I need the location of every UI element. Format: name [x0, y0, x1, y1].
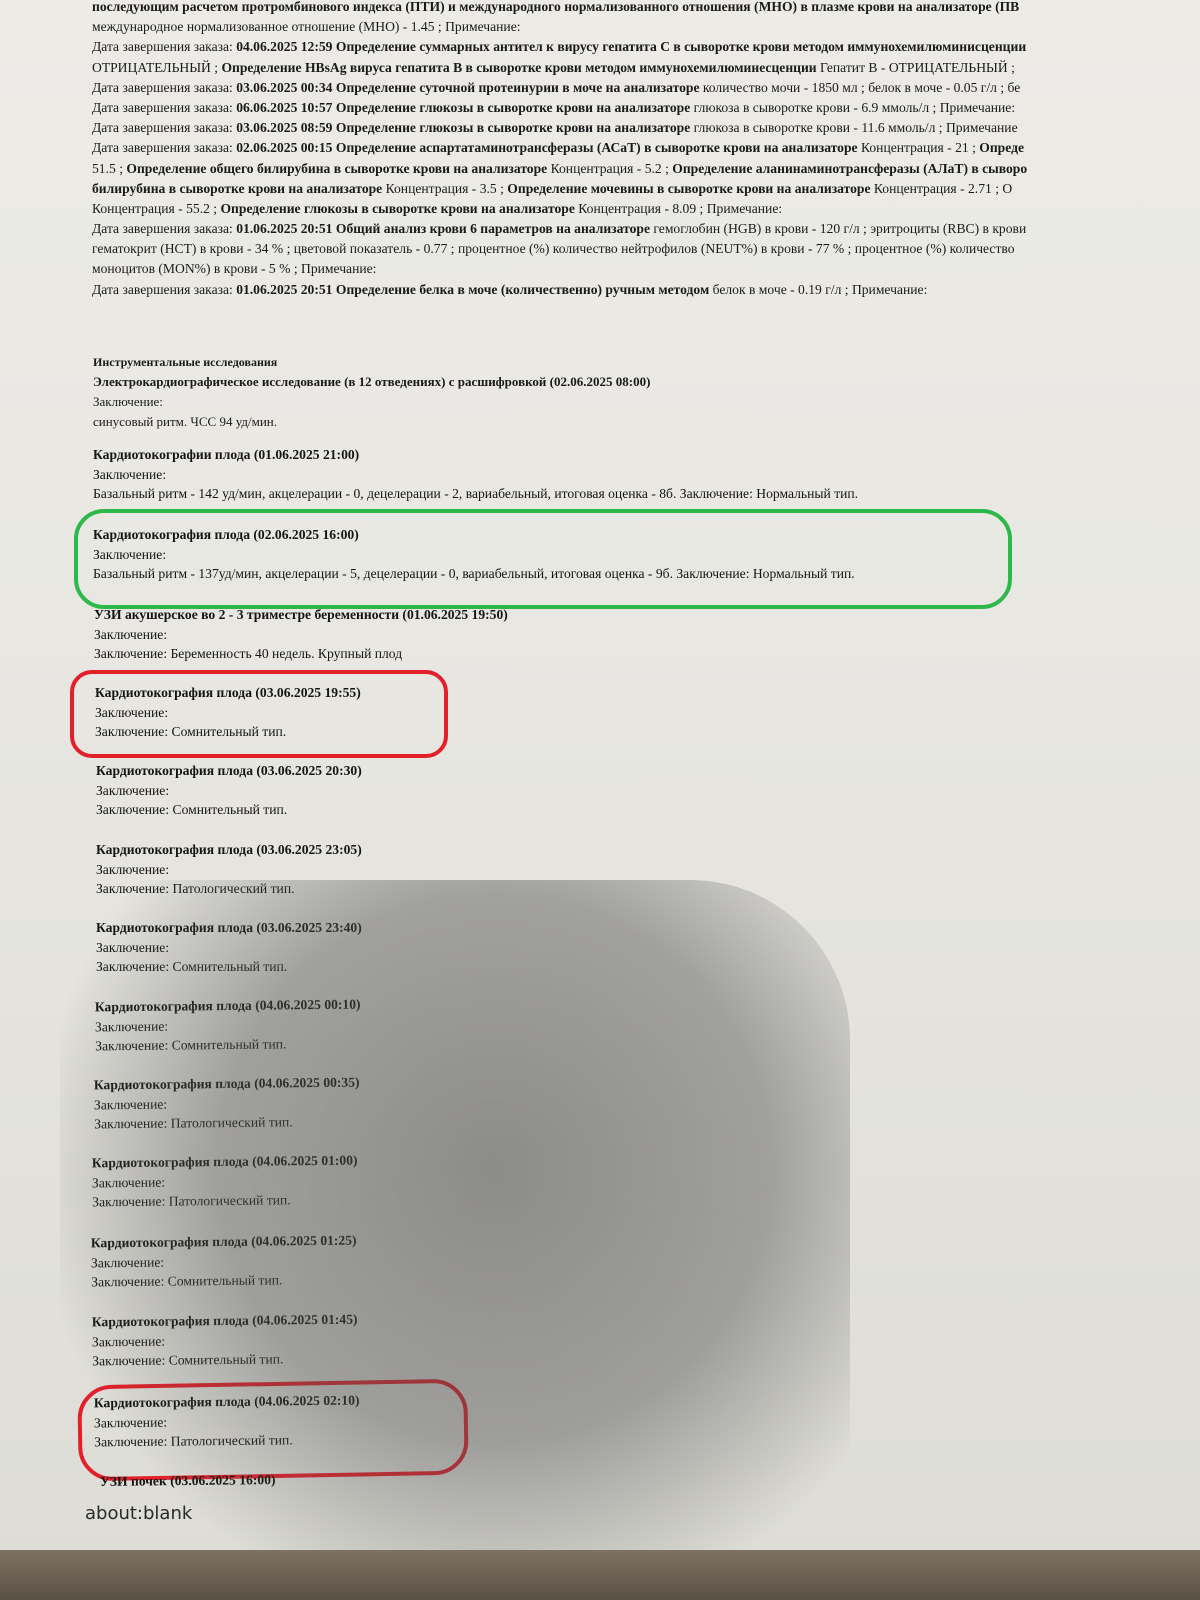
lab-test-name: Определение аланинаминотрансферазы (АЛаТ…	[672, 161, 1027, 176]
lab-test-name: билирубина в сыворотке крови на анализат…	[92, 181, 382, 196]
study-result: Заключение: Сомнительный тип.	[92, 1349, 358, 1371]
lab-test-name: 06.06.2025 10:57 Определение глюкозы в с…	[236, 100, 690, 115]
lab-test-value: гемоглобин (HGB) в крови - 120 г/л ; эри…	[650, 221, 1026, 236]
study-result: Заключение: Сомнительный тип.	[95, 722, 361, 742]
lab-test-name: Определение глюкозы в сыворотке крови на…	[220, 201, 574, 216]
study-title: Кардиотокография плода (03.06.2025 23:40…	[96, 918, 362, 938]
study-result: Заключение: Патологический тип.	[92, 1190, 358, 1212]
study-result: Заключение: Сомнительный тип.	[96, 800, 362, 820]
study-title: Кардиотокография плода (03.06.2025 23:05…	[96, 840, 362, 860]
study-title: УЗИ акушерское во 2 - 3 триместре береме…	[94, 605, 508, 625]
study-result: Заключение: Патологический тип.	[96, 879, 362, 899]
study-label: Заключение:	[94, 625, 508, 645]
study-entry: Кардиотокография плода (04.06.2025 00:35…	[94, 1073, 360, 1134]
study-title: Кардиотокография плода (02.06.2025 16:00…	[93, 525, 855, 545]
study-entry: Кардиотокографии плода (01.06.2025 21:00…	[93, 445, 858, 504]
lab-test-name: 01.06.2025 20:51 Общий анализ крови 6 па…	[236, 221, 650, 236]
study-title: Кардиотокография плода (03.06.2025 19:55…	[95, 683, 361, 703]
lab-test-value: Концентрация - 3.5 ;	[382, 181, 507, 196]
lab-test-value: Дата завершения заказа:	[92, 80, 236, 95]
lab-result-line: Концентрация - 55.2 ; Определение глюкоз…	[92, 199, 1200, 219]
lab-test-value: глюкоза в сыворотке крови - 6.9 ммоль/л …	[690, 100, 1015, 115]
lab-result-line: моноцитов (MON%) в крови - 5 % ; Примеча…	[92, 259, 1200, 279]
study-title: Кардиотокография плода (03.06.2025 20:30…	[96, 761, 362, 781]
study-result: Заключение: Сомнительный тип.	[95, 1034, 361, 1056]
lab-results-block: последующим расчетом протромбинового инд…	[92, 0, 1200, 300]
ecg-title: Электрокардиографическое исследование (в…	[93, 372, 650, 392]
print-footer-url: about:blank	[85, 1503, 192, 1524]
lab-test-value: Концентрация - 5.2 ;	[547, 161, 672, 176]
study-entry: Кардиотокография плода (04.06.2025 01:45…	[92, 1310, 358, 1371]
lab-test-name: 02.06.2025 00:15 Определение аспартатами…	[236, 140, 857, 155]
lab-result-line: Дата завершения заказа: 01.06.2025 20:51…	[92, 280, 1200, 300]
lab-test-value: Дата завершения заказа:	[92, 140, 236, 155]
study-entry: Кардиотокография плода (04.06.2025 01:25…	[91, 1231, 357, 1292]
study-result: Базальный ритм - 137уд/мин, акцелерации …	[93, 564, 855, 584]
lab-result-line: Дата завершения заказа: 04.06.2025 12:59…	[92, 37, 1200, 57]
lab-result-line: билирубина в сыворотке крови на анализат…	[92, 179, 1200, 199]
study-entry: Кардиотокография плода (03.06.2025 19:55…	[95, 683, 361, 742]
study-result: Заключение: Патологический тип.	[94, 1112, 360, 1134]
study-label: Заключение:	[96, 781, 362, 801]
ecg-result: синусовый ритм. ЧСС 94 уд/мин.	[93, 412, 650, 432]
study-result: Заключение: Беременность 40 недель. Круп…	[94, 644, 508, 664]
study-title: Кардиотокография плода (04.06.2025 01:45…	[92, 1310, 358, 1332]
lab-test-value: гематокрит (HCT) в крови - 34 % ; цветов…	[92, 241, 1015, 256]
study-result: Заключение: Сомнительный тип.	[91, 1270, 357, 1292]
study-title: Кардиотокография плода (04.06.2025 01:00…	[92, 1151, 358, 1173]
lab-test-name: 01.06.2025 20:51 Определение белка в моч…	[236, 282, 709, 297]
lab-test-value: Дата завершения заказа:	[92, 39, 236, 54]
lab-test-value: ОТРИЦАТЕЛЬНЫЙ ;	[92, 60, 221, 75]
lab-test-value: Концентрация - 2.71 ; О	[871, 181, 1013, 196]
instrumental-section: Инструментальные исследования Электрокар…	[93, 352, 650, 432]
study-title: Кардиотокография плода (04.06.2025 00:35…	[94, 1073, 360, 1095]
lab-test-value: глюкоза в сыворотке крови - 11.6 ммоль/л…	[690, 120, 1017, 135]
study-title: Кардиотокография плода (04.06.2025 01:25…	[91, 1231, 357, 1253]
study-label: Заключение:	[96, 938, 362, 958]
study-title: Кардиотокография плода (04.06.2025 02:10…	[94, 1391, 360, 1413]
study-entry: Кардиотокография плода (04.06.2025 00:10…	[95, 995, 361, 1056]
study-result: Базальный ритм - 142 уд/мин, акцелерации…	[93, 484, 858, 504]
printed-document-page: последующим расчетом протромбинового инд…	[0, 0, 1200, 1585]
lab-test-name: 03.06.2025 08:59 Определение глюкозы в с…	[236, 120, 690, 135]
study-entry: Кардиотокография плода (04.06.2025 01:00…	[92, 1151, 358, 1212]
lab-test-name: 03.06.2025 00:34 Определение суточной пр…	[236, 80, 699, 95]
lab-test-value: Дата завершения заказа:	[92, 282, 236, 297]
lab-test-value: Дата завершения заказа:	[92, 221, 236, 236]
study-entry: УЗИ акушерское во 2 - 3 триместре береме…	[94, 605, 508, 664]
lab-test-value: 51.5 ;	[92, 161, 126, 176]
lab-test-value: моноцитов (MON%) в крови - 5 % ; Примеча…	[92, 261, 376, 276]
lab-test-value: белок в моче - 0.19 г/л ; Примечание:	[709, 282, 927, 297]
study-entry: Кардиотокография плода (04.06.2025 02:10…	[94, 1391, 360, 1452]
lab-result-line: Дата завершения заказа: 06.06.2025 10:57…	[92, 98, 1200, 118]
lab-test-name: Определение HBsAg вируса гепатита В в сы…	[221, 60, 816, 75]
lab-test-name: 04.06.2025 12:59 Определение суммарных а…	[236, 39, 1026, 54]
study-title: УЗИ почек (03.06.2025 16:00)	[100, 1470, 276, 1491]
lab-result-line: гематокрит (HCT) в крови - 34 % ; цветов…	[92, 239, 1200, 259]
study-title: Кардиотокография плода (04.06.2025 00:10…	[95, 995, 361, 1017]
lab-test-value: количество мочи - 1850 мл ; белок в моче…	[699, 80, 1020, 95]
study-label: Заключение:	[96, 860, 362, 880]
lab-test-name: Опреде	[979, 140, 1024, 155]
lab-result-line: международное нормализованное отношение …	[92, 17, 1200, 37]
study-title: Кардиотокографии плода (01.06.2025 21:00…	[93, 445, 858, 465]
lab-test-name: Определение мочевины в сыворотке крови н…	[507, 181, 870, 196]
lab-test-value: международное нормализованное отношение …	[92, 19, 521, 34]
section-header: Инструментальные исследования	[93, 352, 650, 372]
study-result: Заключение: Патологический тип.	[94, 1430, 360, 1452]
lab-result-line: Дата завершения заказа: 03.06.2025 00:34…	[92, 78, 1200, 98]
study-label: Заключение:	[93, 545, 855, 565]
lab-result-line: Дата завершения заказа: 02.06.2025 00:15…	[92, 138, 1200, 158]
lab-result-line: Дата завершения заказа: 01.06.2025 20:51…	[92, 219, 1200, 239]
lab-test-value: Концентрация - 21 ;	[858, 140, 980, 155]
lab-result-line: Дата завершения заказа: 03.06.2025 08:59…	[92, 118, 1200, 138]
lab-result-line: последующим расчетом протромбинового инд…	[92, 0, 1200, 17]
study-entry: УЗИ почек (03.06.2025 16:00)	[100, 1470, 276, 1491]
ecg-label: Заключение:	[93, 392, 650, 412]
study-label: Заключение:	[95, 703, 361, 723]
study-entry: Кардиотокография плода (02.06.2025 16:00…	[93, 525, 855, 584]
study-label: Заключение:	[93, 465, 858, 485]
lab-test-value: Концентрация - 55.2 ;	[92, 201, 220, 216]
lab-test-name: последующим расчетом протромбинового инд…	[92, 0, 1019, 14]
lab-test-value: Гепатит В - ОТРИЦАТЕЛЬНЫЙ ;	[817, 60, 1015, 75]
study-result: Заключение: Сомнительный тип.	[96, 957, 362, 977]
lab-result-line: 51.5 ; Определение общего билирубина в с…	[92, 159, 1200, 179]
study-entry: Кардиотокография плода (03.06.2025 23:40…	[96, 918, 362, 977]
study-entry: Кардиотокография плода (03.06.2025 23:05…	[96, 840, 362, 899]
lab-result-line: ОТРИЦАТЕЛЬНЫЙ ; Определение HBsAg вируса…	[92, 58, 1200, 78]
table-surface	[0, 1550, 1200, 1600]
lab-test-name: Определение общего билирубина в сыворотк…	[126, 161, 547, 176]
study-entry: Кардиотокография плода (03.06.2025 20:30…	[96, 761, 362, 820]
lab-test-value: Концентрация - 8.09 ; Примечание:	[575, 201, 782, 216]
lab-test-value: Дата завершения заказа:	[92, 100, 236, 115]
lab-test-value: Дата завершения заказа:	[92, 120, 236, 135]
